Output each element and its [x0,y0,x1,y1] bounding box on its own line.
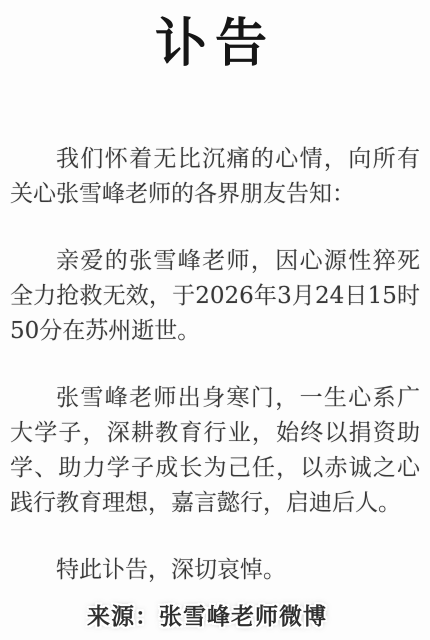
obituary-body: 我们怀着无比沉痛的心情，向所有关心张雪峰老师的各界朋友告知： 亲爱的张雪峰老师，… [0,142,430,588]
source-caption: 来源：张雪峰老师微博 [0,602,422,632]
obituary-paragraph-death-announcement: 亲爱的张雪峰老师，因心源性猝死全力抢救无效，于2026年3月24日15时50分在… [10,244,420,349]
obituary-paragraph-biography: 张雪峰老师出身寒门，一生心系广大学子，深耕教育行业，始终以捐资助学、助力学子成长… [10,381,420,521]
obituary-notice-page: 讣告 我们怀着无比沉痛的心情，向所有关心张雪峰老师的各界朋友告知： 亲爱的张雪峰… [0,0,430,640]
obituary-paragraph-condolence: 特此讣告，深切哀悼。 [10,553,420,588]
obituary-paragraph-intro: 我们怀着无比沉痛的心情，向所有关心张雪峰老师的各界朋友告知： [10,142,420,212]
obituary-title: 讣告 [0,14,430,74]
